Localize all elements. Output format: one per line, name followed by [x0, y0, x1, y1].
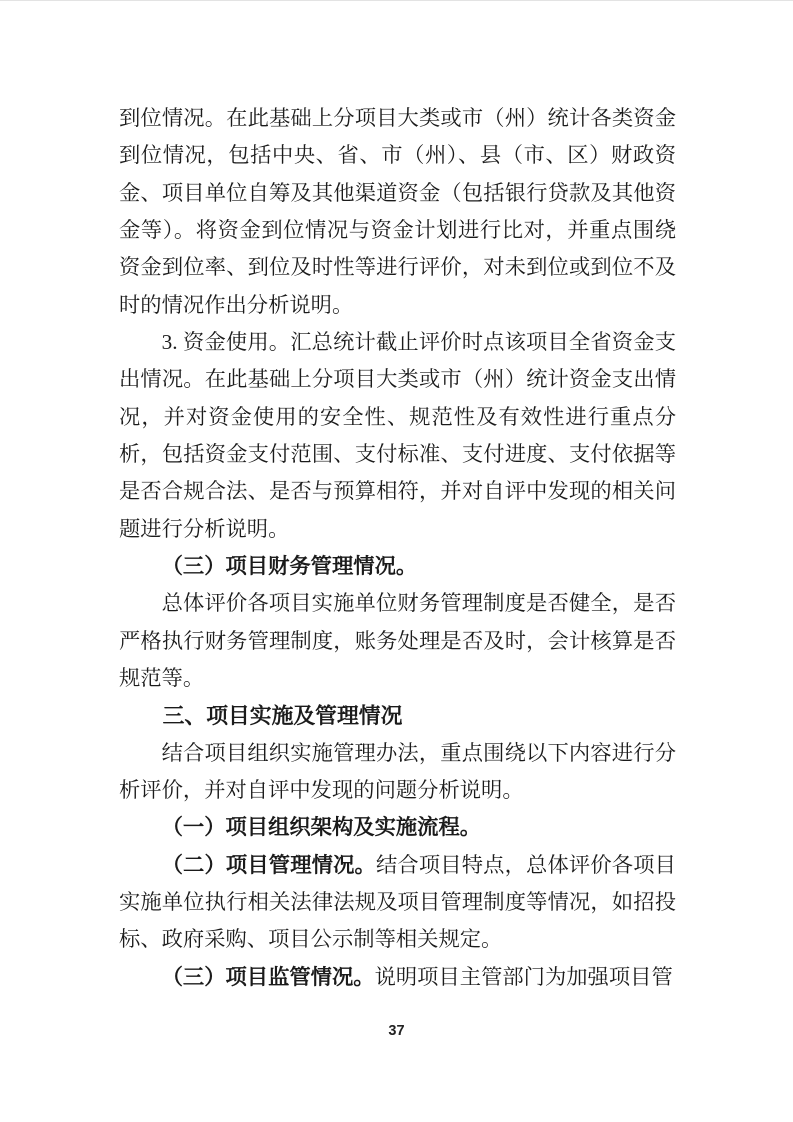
paragraph-financial-management-detail: 总体评价各项目实施单位财务管理制度是否健全，是否严格执行财务管理制度，账务处理是… — [119, 585, 676, 697]
document-page: 到位情况。在此基础上分项目大类或市（州）统计各类资金到位情况，包括中央、省、市（… — [0, 0, 793, 1122]
heading-org-structure: （一）项目组织架构及实施流程。 — [119, 809, 676, 846]
paragraph-project-supervision: （三）项目监管情况。说明项目主管部门为加强项目管 — [119, 959, 676, 996]
heading-project-supervision-lead: （三）项目监管情况。 — [162, 965, 375, 989]
paragraph-funds-arrival: 到位情况。在此基础上分项目大类或市（州）统计各类资金到位情况，包括中央、省、市（… — [119, 100, 676, 324]
page-content: 到位情况。在此基础上分项目大类或市（州）统计各类资金到位情况，包括中央、省、市（… — [119, 100, 676, 996]
paragraph-funds-usage: 3. 资金使用。汇总统计截止评价时点该项目全省资金支出情况。在此基础上分项目大类… — [119, 324, 676, 548]
paragraph-project-supervision-text: 说明项目主管部门为加强项目管 — [375, 965, 673, 989]
heading-section-three-implementation: 三、项目实施及管理情况 — [119, 697, 676, 734]
paragraph-project-management: （二）项目管理情况。结合项目特点，总体评价各项目实施单位执行相关法律法规及项目管… — [119, 847, 676, 959]
paragraph-implementation-intro: 结合项目组织实施管理办法，重点围绕以下内容进行分析评价，并对自评中发现的问题分析… — [119, 735, 676, 810]
heading-project-management-lead: （二）项目管理情况。 — [162, 853, 376, 877]
heading-financial-management: （三）项目财务管理情况。 — [119, 548, 676, 585]
page-number: 37 — [0, 1023, 793, 1039]
